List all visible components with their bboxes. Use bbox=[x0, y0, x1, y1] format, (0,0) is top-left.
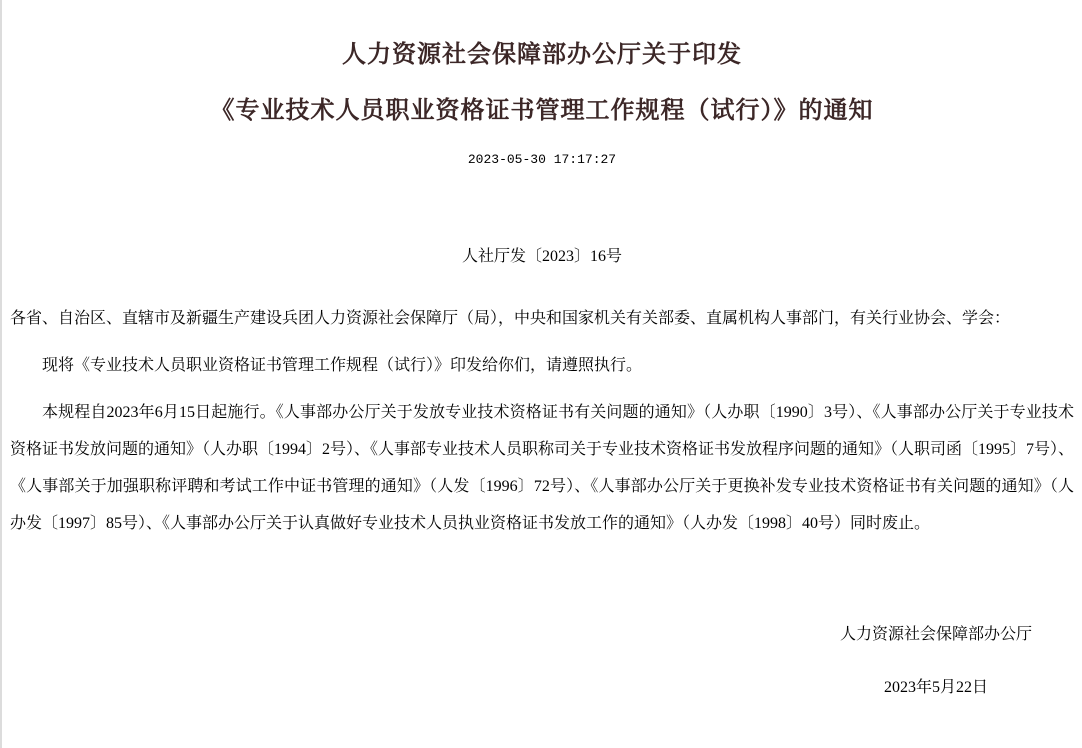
signature-block: 人力资源社会保障部办公厅 2023年5月22日 bbox=[840, 624, 1032, 698]
issue-date: 2023年5月22日 bbox=[840, 677, 1032, 698]
notice-document: 人力资源社会保障部办公厅关于印发 《专业技术人员职业资格证书管理工作规程（试行）… bbox=[2, 0, 1082, 748]
doc-number: 人社厅发〔2023〕16号 bbox=[10, 246, 1074, 267]
body-paragraph-repeal: 本规程自2023年6月15日起施行。《人事部办公厅关于发放专业技术资格证书有关问… bbox=[10, 394, 1074, 542]
issuing-office: 人力资源社会保障部办公厅 bbox=[840, 624, 1032, 645]
publish-timestamp: 2023-05-30 17:17:27 bbox=[10, 152, 1074, 168]
salutation-paragraph: 各省、自治区、直辖市及新疆生产建设兵团人力资源社会保障厅（局），中央和国家机关有… bbox=[10, 300, 1074, 337]
body-paragraph-issue: 现将《专业技术人员职业资格证书管理工作规程（试行）》印发给你们，请遵照执行。 bbox=[10, 347, 1074, 384]
doc-title-line1: 人力资源社会保障部办公厅关于印发 bbox=[10, 40, 1074, 70]
doc-title-line2: 《专业技术人员职业资格证书管理工作规程（试行）》的通知 bbox=[10, 96, 1074, 126]
